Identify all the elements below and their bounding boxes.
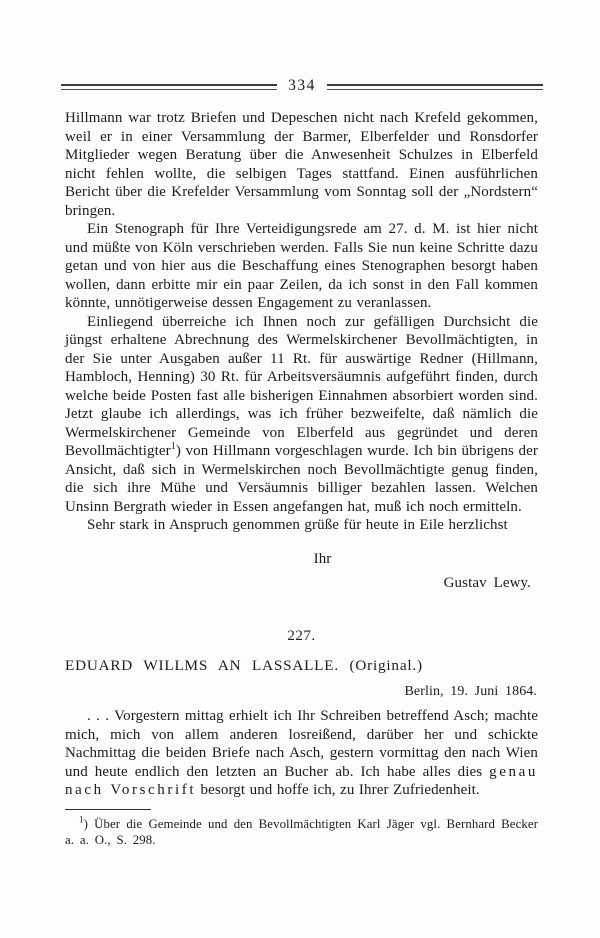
- paragraph-text: besorgt und hoffe ich, zu Ihrer Zufriede…: [196, 782, 480, 798]
- footnote-text: ) Über die Gemeinde und den Bevollmächti…: [65, 817, 538, 848]
- document-heading: EDUARD WILLMS AN LASSALLE. (Original.): [65, 657, 538, 676]
- footnote-separator-rule: [65, 809, 151, 810]
- footnote: 1) Über die Gemeinde und den Bevollmächt…: [65, 816, 538, 849]
- closing-line: Sehr stark in Anspruch genommen grüße fü…: [65, 516, 538, 535]
- text-block: Hillmann war trotz Briefen und Depeschen…: [65, 109, 538, 849]
- paragraph: . . . Vorgestern mittag erhielt ich Ihr …: [65, 707, 538, 800]
- page-number: 334: [286, 78, 318, 96]
- valediction: Ihr: [86, 550, 559, 569]
- book-page: 334 Hillmann war trotz Briefen und Depes…: [0, 0, 600, 938]
- dateline: Berlin, 19. Juni 1864.: [65, 683, 538, 702]
- paragraph-text: . . . Vorgestern mittag erhielt ich Ihr …: [65, 708, 538, 780]
- paragraph: Ein Stenograph für Ihre Verteidigungsred…: [65, 220, 538, 313]
- paragraph-text: Einliegend überreiche ich Ihnen noch zur…: [65, 314, 538, 460]
- paragraph: Einliegend überreiche ich Ihnen noch zur…: [65, 313, 538, 517]
- paragraph-continuation: Hillmann war trotz Briefen und Depeschen…: [65, 109, 538, 220]
- signature-name: Gustav Lewy.: [65, 574, 538, 593]
- header-rule-right: [327, 84, 543, 90]
- running-head: 334: [61, 78, 543, 96]
- document-number: 227.: [65, 627, 538, 646]
- header-rule-left: [61, 84, 277, 90]
